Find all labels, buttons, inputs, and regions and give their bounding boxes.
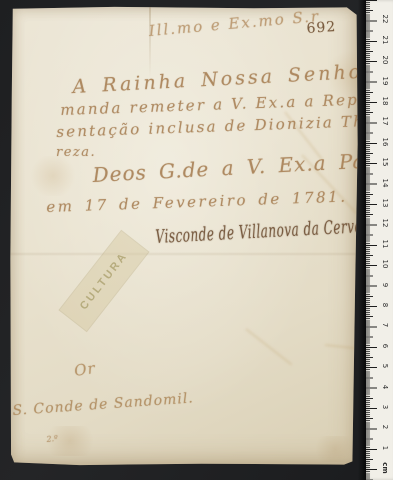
- ruler-number: 9: [381, 278, 389, 292]
- ink-bleed-mark: [245, 328, 292, 365]
- ruler: cm 22212019181716151413121110987654321: [366, 0, 393, 480]
- ruler-number: 2: [381, 420, 389, 434]
- reference-number: 692: [306, 19, 337, 37]
- ruler-number: 18: [381, 94, 389, 108]
- ruler-number: 15: [381, 155, 389, 169]
- ruler-number: 20: [381, 53, 389, 67]
- ruler-number: 7: [381, 318, 389, 332]
- secondary-mark: 2.º: [46, 434, 58, 444]
- valediction-line-1: Deos G.de a V. Ex.a Paço: [92, 147, 358, 187]
- ruler-number: 1: [381, 441, 389, 455]
- manuscript-page: CULTURA Ill.mo e Ex.mo S.r 692 A Rainha …: [10, 6, 358, 466]
- ink-bleed-mark: [325, 344, 358, 350]
- ruler-number: 14: [381, 176, 389, 190]
- addressee-line: S. Conde de Sandomil.: [12, 390, 194, 419]
- ruler-number: 22: [381, 12, 389, 26]
- ruler-shadow: [358, 0, 366, 480]
- ruler-number: 21: [381, 33, 389, 47]
- docket-mark: Or: [73, 359, 97, 380]
- signature: Visconde de Villanova da Cerveira: [155, 214, 358, 247]
- valediction-line-2: em 17 de Fevereiro de 1781.: [46, 187, 348, 216]
- ruler-number: 6: [381, 339, 389, 353]
- ruler-unit-label: cm: [381, 461, 389, 475]
- ruler-number: 13: [381, 196, 389, 210]
- archive-stamp: CULTURA: [60, 231, 148, 331]
- ruler-number: 17: [381, 114, 389, 128]
- ruler-number: 5: [381, 359, 389, 373]
- body-line-4: reza.: [56, 145, 96, 160]
- archive-stamp-text: CULTURA: [78, 250, 130, 312]
- ruler-number: 12: [381, 216, 389, 230]
- ruler-number: 19: [381, 74, 389, 88]
- ruler-number: 10: [381, 257, 389, 271]
- scan-background: CULTURA Ill.mo e Ex.mo S.r 692 A Rainha …: [0, 0, 393, 480]
- ruler-number: 16: [381, 135, 389, 149]
- salutation-line: Ill.mo e Ex.mo S.r: [148, 7, 321, 40]
- ruler-number: 8: [381, 298, 389, 312]
- ruler-number: 11: [381, 237, 389, 251]
- ruler-number: 4: [381, 380, 389, 394]
- ruler-number: 3: [381, 400, 389, 414]
